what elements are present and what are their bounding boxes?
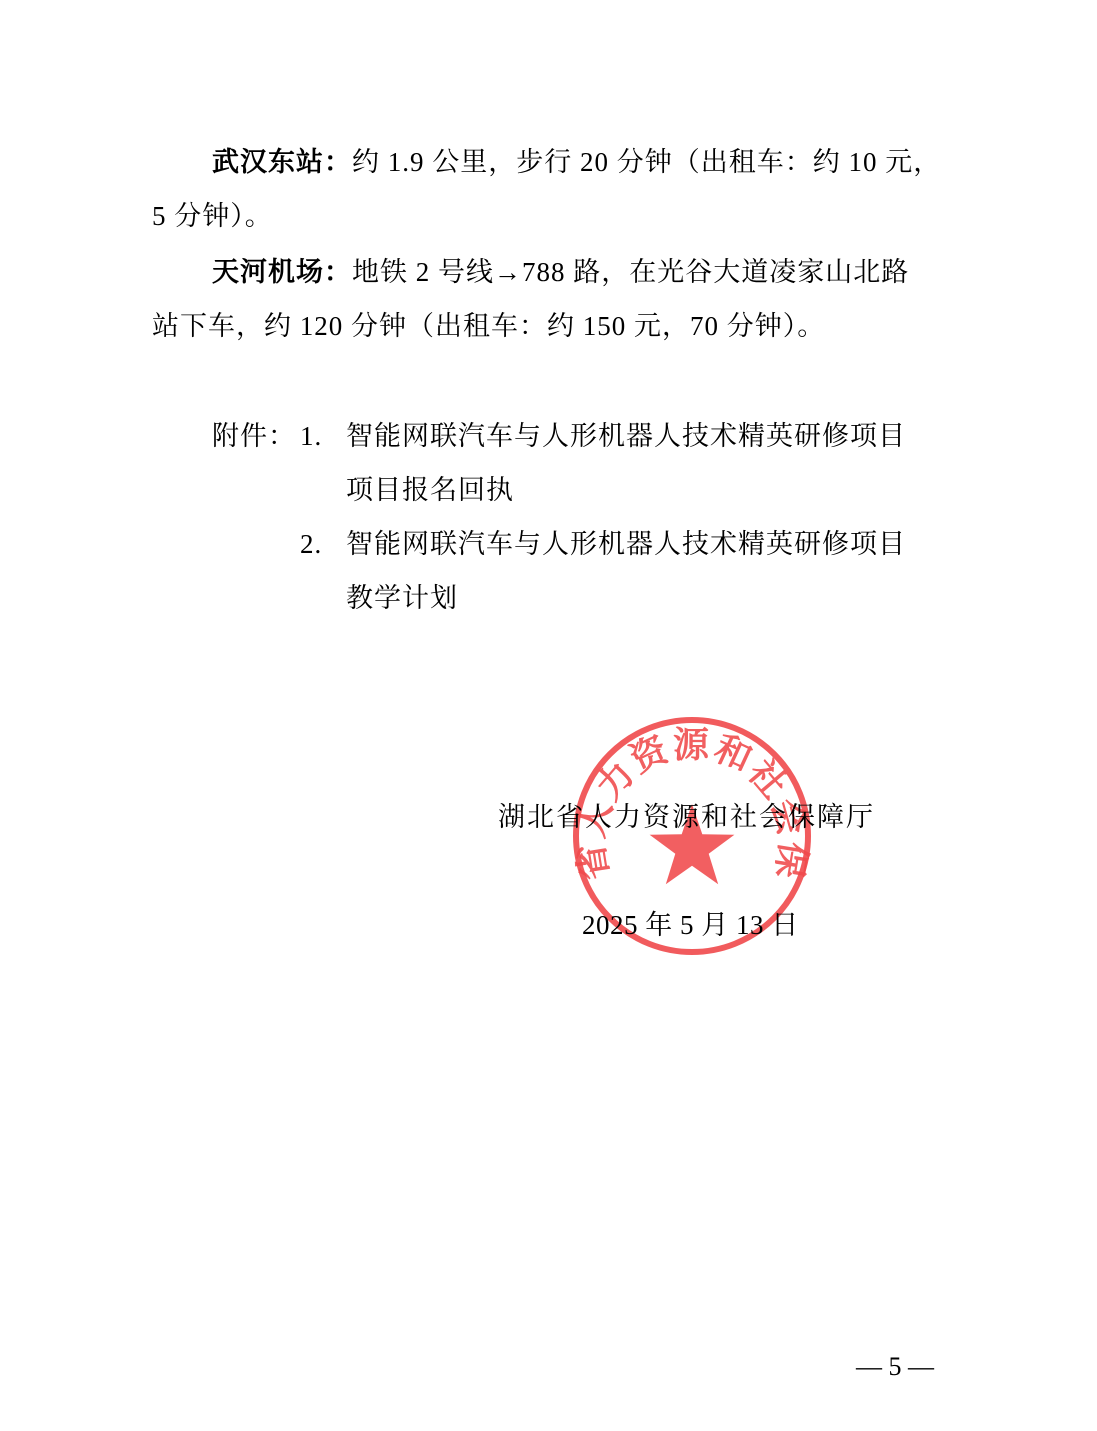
- attachment-1-num: 1.: [300, 420, 322, 452]
- attachment-1-title-line1: 智能网联汽车与人形机器人技术精英研修项目: [346, 420, 906, 452]
- east-station-line1: 武汉东站：约 1.9 公里，步行 20 分钟（出租车：约 10 元，: [212, 146, 941, 178]
- attachment-1-title-line2: 项目报名回执: [346, 474, 514, 506]
- signature-org: 湖北省人力资源和社会保障厅: [498, 801, 875, 833]
- attachments-label: 附件：: [212, 420, 296, 452]
- attachment-2-num: 2.: [300, 528, 322, 560]
- east-station-line2: 5 分钟）。: [152, 200, 273, 232]
- east-station-text: 约 1.9 公里，步行 20 分钟（出租车：约 10 元，: [352, 147, 941, 177]
- signature-date: 2025 年 5 月 13 日: [582, 909, 799, 941]
- east-station-label: 武汉东站：: [212, 147, 352, 177]
- attachment-2-title-line2: 教学计划: [346, 582, 458, 614]
- airport-label: 天河机场：: [212, 257, 352, 287]
- attachment-2-title-line1: 智能网联汽车与人形机器人技术精英研修项目: [346, 528, 906, 560]
- airport-text: 地铁 2 号线→788 路，在光谷大道凌家山北路: [352, 257, 909, 287]
- airport-line2: 站下车，约 120 分钟（出租车：约 150 元，70 分钟）。: [152, 310, 825, 342]
- page-number: — 5 —: [856, 1352, 934, 1382]
- airport-line1: 天河机场：地铁 2 号线→788 路，在光谷大道凌家山北路: [212, 256, 909, 288]
